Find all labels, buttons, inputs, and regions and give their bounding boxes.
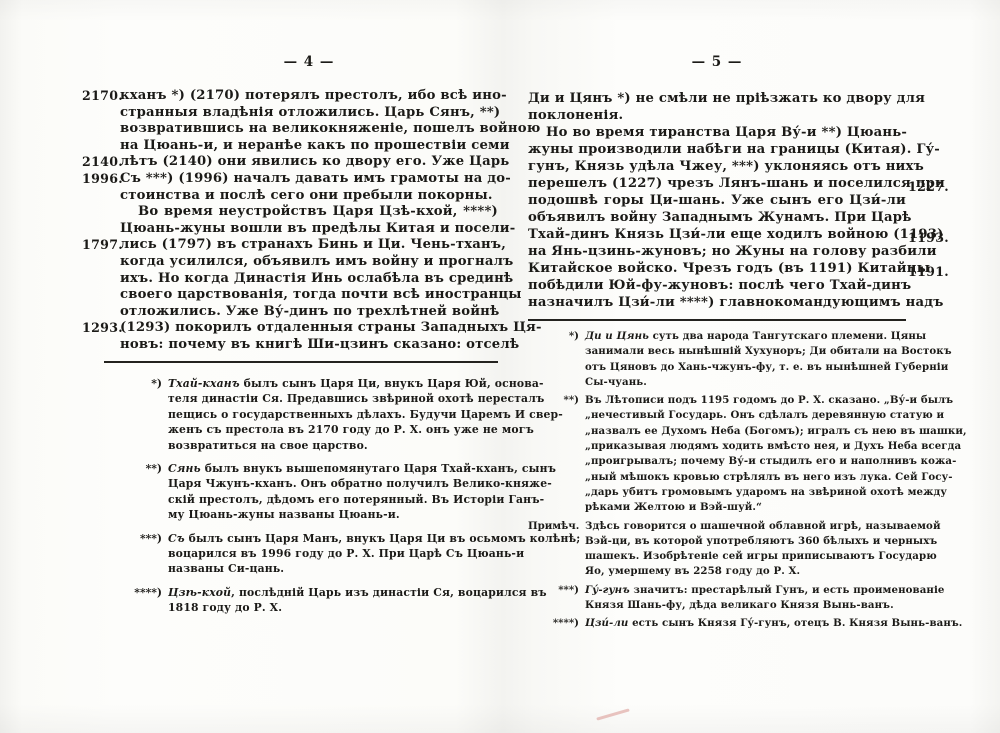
footnote-line: му Цюань-жуны названы Цюань-и.	[168, 507, 500, 522]
right-page-footnotes: *) Ди и Цянь суть два народа Тангутскаго…	[528, 329, 906, 635]
footnote-marker: ***)	[128, 531, 162, 546]
book-scan: — 4 — — 5 — 2170. 2140. 1996. 1797. 1293…	[0, 0, 1000, 733]
footnote-marker: *)	[128, 376, 162, 391]
footnote-lead: Сянь	[168, 462, 201, 475]
footnote-text: Въ Лѣтописи подъ 1195 годомъ до Р. Х. ск…	[585, 394, 953, 406]
footnote: **) Въ Лѣтописи подъ 1195 годомъ до Р. Х…	[528, 393, 906, 515]
body-line: ихъ. Но когда Династія Инь ослабѣла въ с…	[120, 271, 498, 288]
footnote-line: „проигрывалъ; почему Ву́-и стыдилъ его и…	[585, 454, 906, 469]
body-line: Тхай-динъ Князь Цзи́-ли еще ходилъ войно…	[528, 226, 906, 243]
body-line: на Цюань-и, и неранѣе какъ по прошествіи…	[120, 138, 498, 155]
footnote-text: значитъ: престарѣлый Гунъ, и есть проиме…	[630, 584, 945, 596]
body-line: на Янь-цзинь-жуновъ; но Жуны на голову р…	[528, 243, 906, 260]
body-line: поклоненія.	[528, 107, 906, 124]
footnote-text: есть сынъ Князя Гу́-гунъ, отецъ В. Князя…	[628, 617, 962, 629]
footnote: ****) Цзи́-ли есть сынъ Князя Гу́-гунъ, …	[528, 616, 906, 631]
body-line: жуны производили набѣги на границы (Кита…	[528, 141, 906, 158]
body-line: когда усилился, объявилъ имъ войну и про…	[120, 254, 498, 271]
body-line: лѣтъ (2140) они явились ко двору его. Уж…	[120, 154, 498, 171]
footnote: *) Тхай-кханъ былъ сынъ Царя Ци, внукъ Ц…	[128, 376, 500, 453]
footnote-rule	[104, 361, 498, 363]
body-line: кханъ *) (2170) потерялъ престолъ, ибо в…	[120, 88, 498, 105]
scan-artifact-mark	[596, 708, 630, 720]
footnote-line: Вэй-ци, въ которой употребляютъ 360 бѣлы…	[585, 534, 906, 549]
footnote-marker: Примѣч.	[528, 519, 579, 534]
footnote-line: женъ съ престола въ 2170 году до Р. Х. о…	[168, 422, 500, 437]
footnote-line: занимали весь нынѣшній Хухуноръ; Ди обит…	[585, 344, 906, 359]
body-line: лись (1797) въ странахъ Бинь и Ци. Чень-…	[120, 237, 498, 254]
body-line: объявилъ войну Западнымъ Жунамъ. При Цар…	[528, 209, 906, 226]
footnote-marker: **)	[128, 461, 162, 476]
body-line: Съ ***) (1996) началъ давать имъ грамоты…	[120, 171, 498, 188]
footnote-line: пещись о государственныхъ дѣлахъ. Будучи…	[168, 407, 500, 422]
body-line: новъ: почему въ книгѣ Ши-цзинъ сказано: …	[120, 337, 498, 354]
footnote-lead: Гу́-гунъ	[585, 584, 630, 596]
body-line: перешелъ (1227) чрезъ Лянъ-шань и посели…	[528, 175, 906, 192]
footnote-lead: Цзѣ-кхой	[168, 586, 231, 599]
right-page-body: Ди и Цянъ *) не смѣли не пріѣзжать ко дв…	[528, 90, 906, 311]
footnote-lead: Съ	[168, 532, 185, 545]
body-line: возвратившись на великокняженіе, пошелъ …	[120, 121, 498, 138]
body-line: гунъ, Князь удѣла Чжеу, ***) уклоняясь о…	[528, 158, 906, 175]
footnote-text: , послѣдній Царь изъ династіи Ся, воцари…	[231, 586, 547, 599]
footnote-line: теля династіи Ся. Предавшись звѣриной ох…	[168, 391, 500, 406]
footnote: ***) Съ былъ сынъ Царя Манъ, внукъ Царя …	[128, 531, 500, 577]
footnote-line: скій престолъ, дѣдомъ его потерянный. Въ…	[168, 492, 500, 507]
body-line: стоинства и послѣ сего они пребыли покор…	[120, 188, 498, 205]
body-line: побѣдили Юй-фу-жуновъ: послѣ чего Тхай-д…	[528, 277, 906, 294]
footnote-marker: ***)	[528, 583, 579, 598]
footnote-line: отъ Цяновъ до Хань-чжунъ-фу, т. е. въ ны…	[585, 360, 906, 375]
page-number-left: — 4 —	[120, 54, 498, 72]
body-line: (1293) покорилъ отдаленныя страны Западн…	[120, 320, 498, 337]
footnote-marker: ****)	[528, 616, 579, 631]
footnote-lead: Ди и Цянь	[585, 330, 649, 342]
footnote-line: шашекъ. Изобрѣтеніе сей игры приписывают…	[585, 549, 906, 564]
body-line: подошвѣ горы Ци-шань. Уже сынъ его Цзи́-…	[528, 192, 906, 209]
footnote-line: 1818 году до Р. Х.	[168, 600, 500, 615]
footnote-line: „назвалъ ее Духомъ Неба (Богомъ); игралъ…	[585, 424, 906, 439]
footnote-line: Сы-чуань.	[585, 375, 906, 390]
footnote-text: былъ внукъ вышепомянутаго Царя Тхай-кхан…	[201, 462, 556, 475]
page-number-right: — 5 —	[528, 54, 906, 72]
footnote: ***) Гу́-гунъ значитъ: престарѣлый Гунъ,…	[528, 583, 906, 614]
footnote-marker: **)	[528, 393, 579, 408]
body-line: Китайское войско. Чрезъ годъ (въ 1191) К…	[528, 260, 906, 277]
footnote-line: названы Си-цань.	[168, 561, 500, 576]
footnote: *) Ди и Цянь суть два народа Тангутскаго…	[528, 329, 906, 390]
footnote-line: Князя Шань-фу, дѣда великаго Князя Вынь-…	[585, 598, 906, 613]
footnote-line: „дарь убитъ громовымъ ударомъ на звѣрино…	[585, 485, 906, 500]
footnote: ****) Цзѣ-кхой, послѣдній Царь изъ динас…	[128, 585, 500, 616]
footnote: Примѣч. Здѣсь говорится о шашечной облав…	[528, 519, 906, 580]
footnote-line: „приказывая людямъ ходить вмѣсто нея, и …	[585, 439, 906, 454]
footnote-marker: ****)	[128, 585, 162, 600]
footnote-lead: Цзи́-ли	[585, 617, 628, 629]
footnote-lead: Тхай-кханъ	[168, 377, 240, 390]
footnote-line: возвратиться на свое царство.	[168, 438, 500, 453]
footnote: **) Сянь былъ внукъ вышепомянутаго Царя …	[128, 461, 500, 523]
footnote-text: суть два народа Тангутскаго племени. Цян…	[649, 330, 926, 342]
footnote-text: Здѣсь говорится о шашечной облавной игрѣ…	[585, 520, 941, 532]
footnote-line: Царя Чжунъ-кханъ. Онъ обратно получилъ В…	[168, 476, 500, 491]
footnote-text: былъ сынъ Царя Ци, внукъ Царя Юй, основа…	[240, 377, 544, 390]
footnote-text: былъ сынъ Царя Манъ, внукъ Царя Ци въ ос…	[185, 532, 581, 545]
body-line: Цюань-жуны вошли въ предѣлы Китая и посе…	[120, 221, 498, 238]
left-page-body: кханъ *) (2170) потерялъ престолъ, ибо в…	[120, 88, 498, 354]
body-line: странныя владѣнія отложились. Царь Сянъ,…	[120, 105, 498, 122]
footnote-marker: *)	[528, 329, 579, 344]
body-line: Но во время тиранства Царя Ву́-и **) Цюа…	[528, 124, 906, 141]
footnote-line: „ный мѣшокъ кровью стрѣлялъ въ него изъ …	[585, 470, 906, 485]
footnote-line: „нечестивый Государь. Онъ сдѣлалъ деревя…	[585, 408, 906, 423]
footnote-line: Яо, умершему въ 2258 году до Р. Х.	[585, 564, 906, 579]
body-line: назначилъ Цзи́-ли ****) главнокомандующи…	[528, 294, 906, 311]
footnote-line: воцарился въ 1996 году до Р. Х. При Царѣ…	[168, 546, 500, 561]
body-line: отложились. Уже Ву́-динъ по трехлѣтней в…	[120, 304, 498, 321]
footnote-rule	[528, 319, 906, 321]
body-line: своего царствованія, тогда почти всѣ ино…	[120, 287, 498, 304]
body-line: Во время неустройствъ Царя Цзѣ-кхой, ***…	[120, 204, 498, 221]
footnote-line: рѣками Желтою и Вэй-шуй.“	[585, 500, 906, 515]
left-page-footnotes: *) Тхай-кханъ былъ сынъ Царя Ци, внукъ Ц…	[128, 376, 500, 623]
body-line: Ди и Цянъ *) не смѣли не пріѣзжать ко дв…	[528, 90, 906, 107]
